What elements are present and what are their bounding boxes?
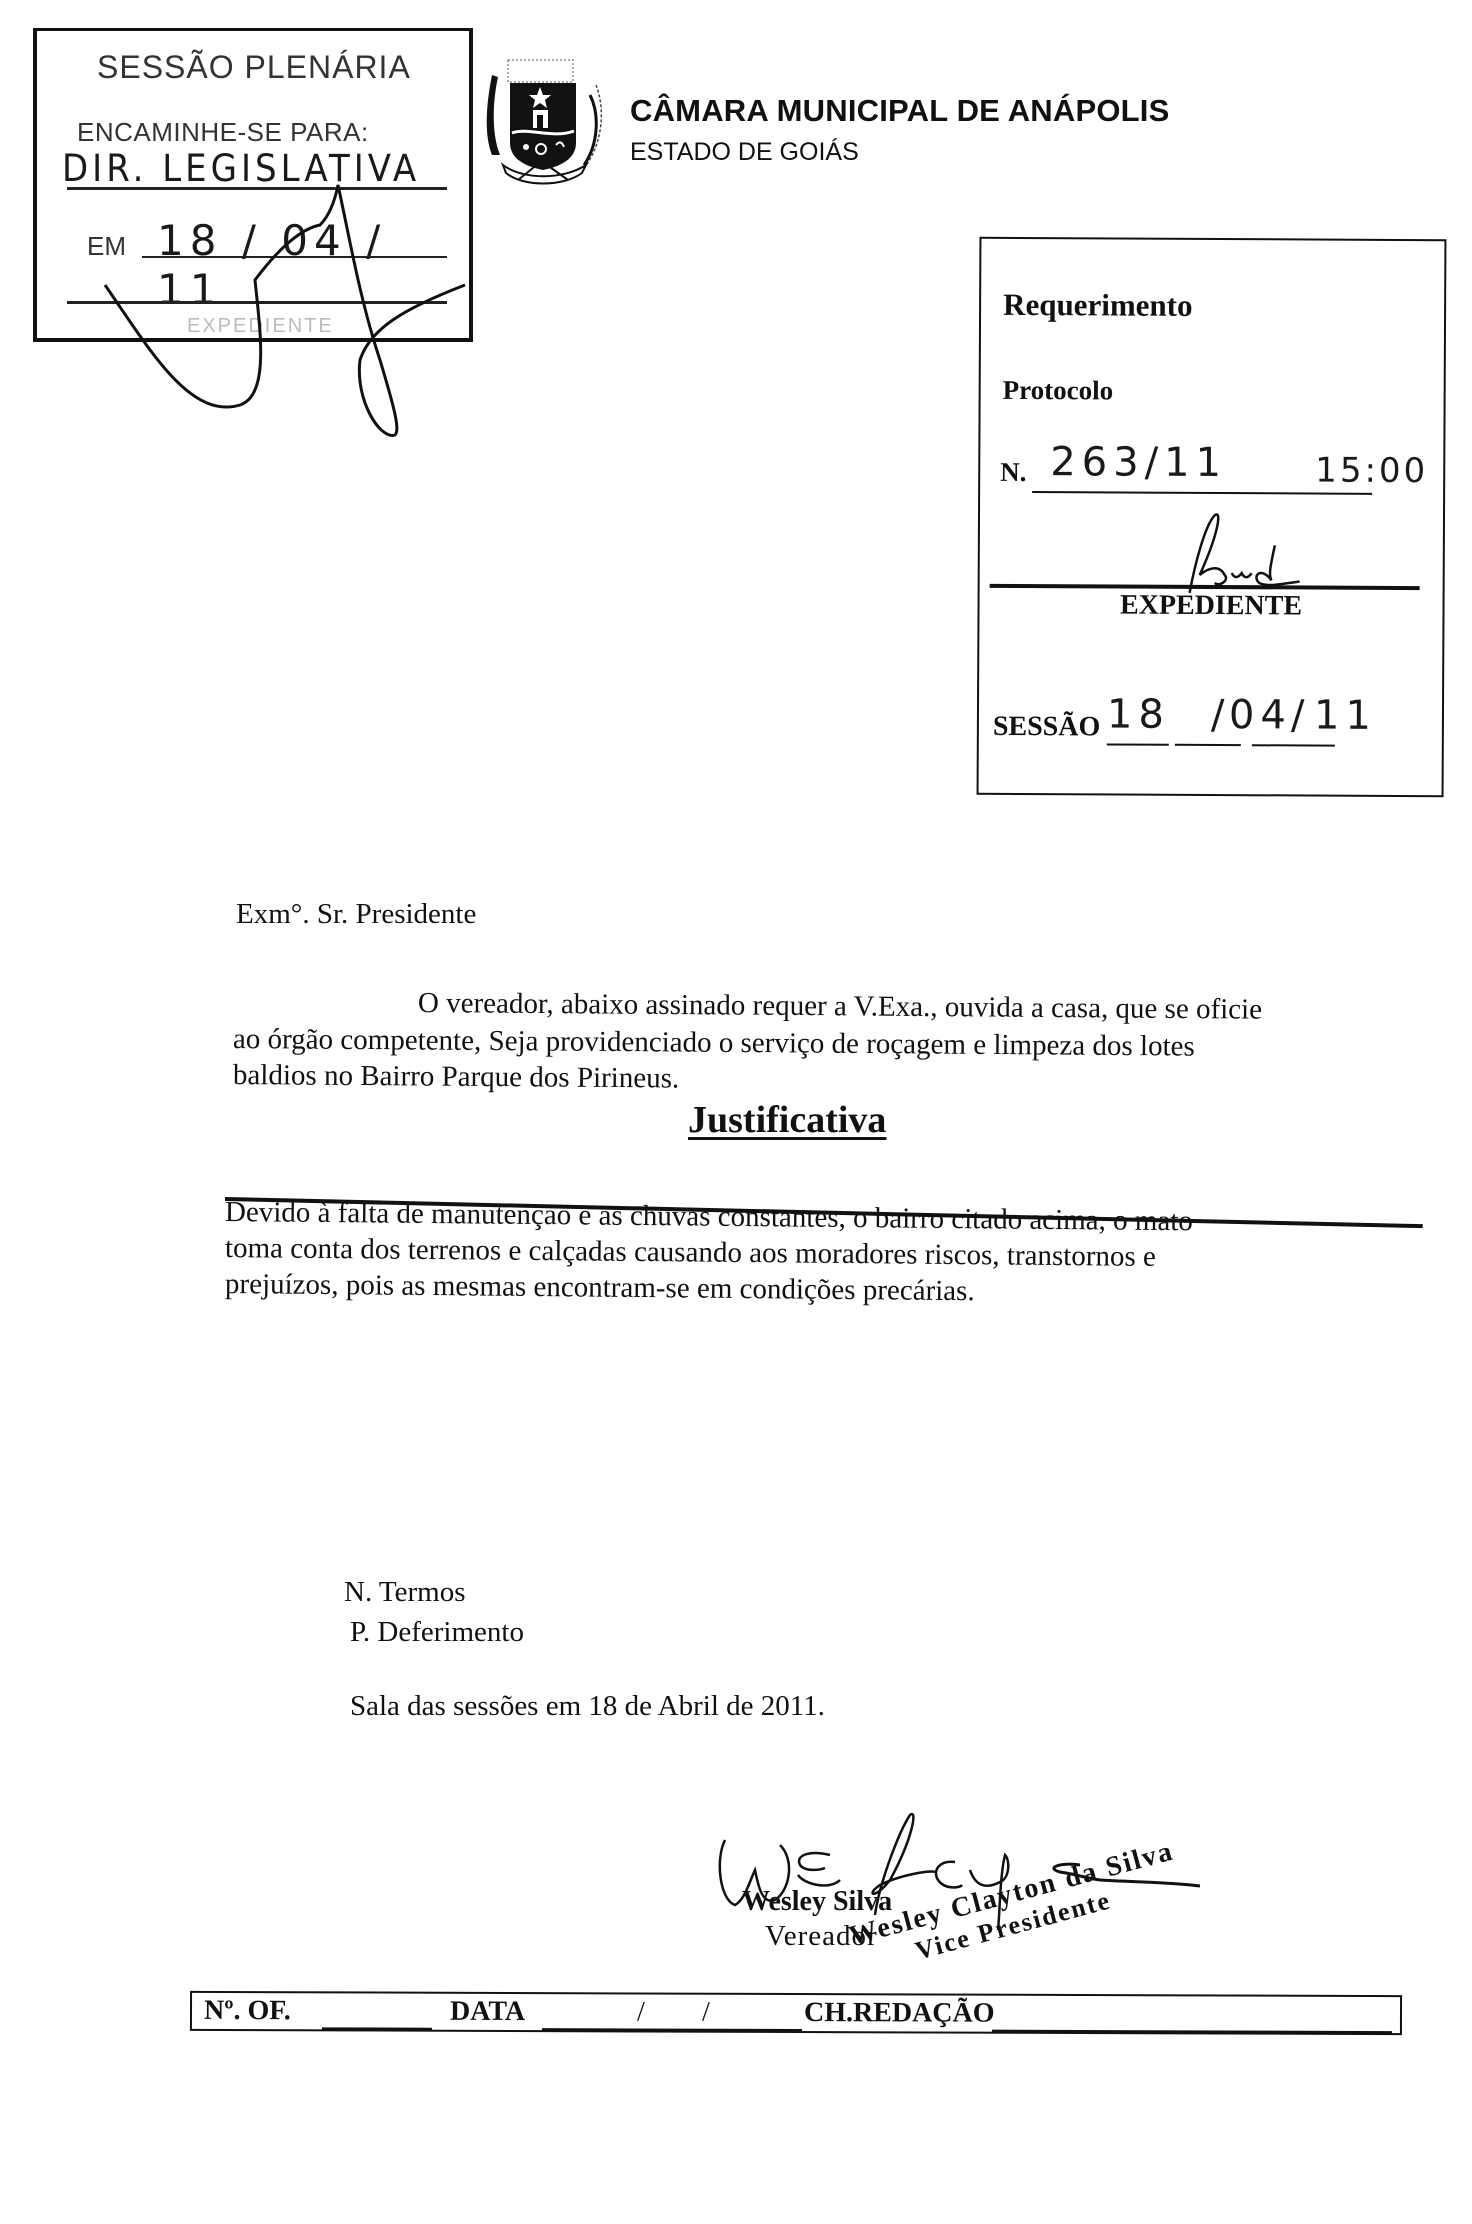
closing-line: N. Termos (344, 1574, 465, 1610)
justification-title: Justificativa (688, 1098, 886, 1142)
salutation: Exm°. Sr. Presidente (236, 896, 476, 932)
protocol-time-value: 15:00 (1315, 451, 1428, 492)
stamp-date-value: 18 / 04 / 11 (157, 216, 469, 314)
protocol-number-value: 263/11 (1050, 439, 1227, 486)
plenary-session-stamp: SESSÃO PLENÁRIA ENCAMINHE-SE PARA: DIR. … (33, 28, 473, 342)
redaction-line (992, 2030, 1392, 2034)
stamp-title: SESSÃO PLENÁRIA (97, 49, 411, 86)
expediente-label: EXPEDIENTE (979, 589, 1442, 623)
date-separator: / (637, 1996, 645, 2028)
closing-line: P. Deferimento (350, 1614, 524, 1650)
date-line (542, 2028, 802, 2032)
session-date-day: 18 (1107, 691, 1170, 737)
protocol-number-label: N. (1000, 457, 1026, 488)
session-label: SESSÃO (993, 711, 1101, 744)
stamp-divider (142, 256, 447, 258)
request-line: O vereador, abaixo assinado requer a V.E… (418, 985, 1262, 1028)
office-number-label: Nº. OF. (204, 1995, 291, 2027)
protocol-number-line (1032, 491, 1372, 495)
request-line: baldios no Bairro Parque dos Pirineus. (233, 1057, 680, 1097)
session-date-separator: / (1211, 692, 1231, 738)
protocol-box: Requerimento Protocolo N. 263/11 15:00 E… (977, 237, 1447, 797)
protocol-signature (1160, 505, 1320, 596)
office-number-line (322, 2027, 432, 2030)
stamp-forward-label: ENCAMINHE-SE PARA: (77, 117, 369, 148)
session-date-month: 04 (1229, 692, 1292, 738)
session-date-line (1252, 744, 1335, 746)
date-label: DATA (450, 1996, 525, 2028)
coat-of-arms-icon (478, 55, 608, 190)
justification-line: prejuízos, pois as mesmas encontram-se e… (225, 1266, 975, 1309)
stamp-footer-label: EXPEDIENTE (187, 315, 334, 338)
date-separator: / (702, 1997, 710, 2029)
stamp-divider (67, 301, 447, 304)
stamp-forward-to: DIR. LEGISLATIVA (62, 147, 420, 191)
session-date-separator: / (1291, 692, 1311, 738)
protocol-label: Protocolo (1003, 375, 1114, 407)
redaction-label: CH.REDAÇÃO (804, 1997, 995, 2030)
stamp-date-label: EM (87, 231, 126, 262)
stamp-divider (67, 187, 447, 190)
session-date-line (1175, 744, 1241, 746)
place-date: Sala das sessões em 18 de Abril de 2011. (350, 1688, 825, 1724)
office-routing-box: Nº. OF. DATA / / CH.REDAÇÃO (190, 1991, 1402, 2035)
document-type: Requerimento (1003, 287, 1193, 324)
session-date-line (1107, 743, 1169, 745)
signer-name: Wesley Silva (742, 1886, 892, 1918)
organization-name: CÂMARA MUNICIPAL DE ANÁPOLIS (630, 93, 1170, 129)
session-date-year: 11 (1314, 693, 1377, 739)
organization-state: ESTADO DE GOIÁS (630, 138, 859, 167)
